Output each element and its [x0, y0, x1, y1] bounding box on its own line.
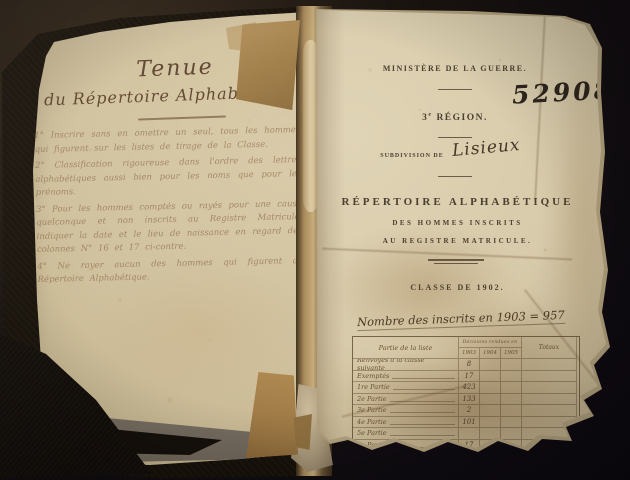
- table-row-label: Exemptés: [353, 371, 459, 383]
- crease-line: [534, 16, 545, 201]
- table-row-label: Renvoyés à la classe suivante: [353, 359, 459, 371]
- leader-line: [392, 378, 455, 379]
- binding-tape-shine: [303, 40, 318, 212]
- table-cell-value: [459, 428, 480, 440]
- table-cell-value: 1: [459, 451, 480, 463]
- double-rule-top: [428, 259, 484, 261]
- table-row-label: 2e Partie: [353, 394, 459, 406]
- archive-scan: Tenue du Répertoire Alphabétique 1° Insc…: [0, 0, 630, 480]
- table-cell-empty: [501, 371, 522, 383]
- table-header-partie: Partie de la liste: [353, 337, 459, 359]
- table-cell-empty: [480, 417, 501, 429]
- row-label-text: 5e Partie: [357, 429, 387, 437]
- leader-line: [390, 447, 455, 448]
- table-cell-value: 101: [459, 417, 480, 429]
- region-heading: 3e RÉGION.: [380, 112, 530, 123]
- double-rule-bottom: [434, 263, 478, 264]
- instructions-paragraph-4: 4° Ne rayer aucun des hommes qui figuren…: [37, 254, 304, 287]
- table-cell-empty: [501, 382, 522, 394]
- table-cell-empty: [501, 417, 522, 429]
- table-cell-empty: [480, 359, 501, 371]
- inscrits-count-note: Nombre des inscrits en 1903 = 957: [357, 307, 592, 329]
- table-cell-empty: [480, 371, 501, 383]
- table-cell-empty: [501, 359, 522, 371]
- table-cell-empty: [522, 359, 577, 371]
- repertoire-title: RÉPERTOIRE ALPHABÉTIQUE: [330, 196, 585, 208]
- table-cell-value: 423: [459, 382, 480, 394]
- table-header-decisions: Décisions rendues en: [459, 337, 522, 348]
- subdivision-value-handwritten: Lisieux: [451, 135, 521, 161]
- row-label-text: 7e Partie: [357, 452, 387, 460]
- table-cell-empty: [480, 405, 501, 417]
- table-cell-value: 17: [459, 371, 480, 383]
- instructions-text: 1° Inscrire sans en omettre un seul, tou…: [34, 124, 304, 290]
- leader-line: [390, 458, 455, 459]
- row-label-text: 2e Partie: [357, 395, 387, 403]
- table-header-totaux: Totaux: [522, 337, 577, 359]
- table-cell-empty: [480, 382, 501, 394]
- row-label-text: Exemptés: [357, 372, 389, 380]
- table-row-label: 7e Partie: [353, 451, 459, 463]
- leader-line: [393, 389, 455, 390]
- table-cell-empty: [501, 428, 522, 440]
- inscrits-count-text: Nombre des inscrits en 1903 = 957: [357, 308, 565, 331]
- table-cell-empty: [522, 382, 577, 394]
- table-cell-value: 2: [459, 405, 480, 417]
- region-word: RÉGION.: [436, 113, 487, 123]
- table-row-label: 4e Partie: [353, 417, 459, 429]
- table-year-1904: 1904: [480, 348, 501, 359]
- table-year-1905: 1905: [501, 348, 522, 359]
- row-label-text: 1re Partie: [357, 383, 390, 391]
- table-cell-empty: [522, 451, 577, 463]
- table-cell-empty: [480, 451, 501, 463]
- classe-heading: CLASSE DE 1902.: [330, 283, 585, 292]
- table-cell-empty: [522, 405, 577, 417]
- leader-line: [390, 412, 455, 413]
- table-cell-empty: [501, 405, 522, 417]
- tape-patch-bottom-small: [294, 414, 312, 450]
- divider-rule: [438, 137, 472, 138]
- ministry-heading: MINISTÈRE DE LA GUERRE.: [330, 64, 580, 73]
- tape-patch-top: [236, 20, 300, 112]
- table-cell-empty: [480, 394, 501, 406]
- row-label-text: Renvoyés à la classe suivante: [357, 359, 452, 371]
- table-cell-value: 8: [459, 359, 480, 371]
- table-cell-empty: [522, 394, 577, 406]
- instructions-paragraph-2: 2° Classification rigoureuse dans l'ordr…: [35, 154, 302, 201]
- repertoire-subtitle-1: DES HOMMES INSCRITS: [330, 219, 585, 227]
- divider-rule: [438, 176, 472, 177]
- table-year-1903: 1903: [459, 348, 480, 359]
- row-label-text: 4e Partie: [357, 418, 387, 426]
- table-cell-empty: [522, 371, 577, 383]
- leader-line: [390, 435, 455, 436]
- repertoire-subtitle-2: AU REGISTRE MATRICULE.: [330, 237, 585, 245]
- title-underline: [138, 115, 226, 120]
- row-label-text: 3e Partie: [357, 406, 387, 414]
- divider-rule: [438, 89, 472, 90]
- table-cell-empty: [501, 394, 522, 406]
- table-row-label: 3e Partie: [353, 405, 459, 417]
- table-row-label: 5e Partie: [353, 428, 459, 440]
- leader-line: [390, 401, 455, 402]
- instructions-paragraph-3: 3° Pour les hommes comptés ou rayés pour…: [36, 197, 303, 257]
- table-cell-value: 133: [459, 394, 480, 406]
- instructions-paragraph-1: 1° Inscrire sans en omettre un seul, tou…: [34, 124, 301, 157]
- table-cell-empty: [501, 451, 522, 463]
- region-exponent: e: [428, 112, 432, 118]
- leader-line: [390, 424, 455, 425]
- table-row-label: 1re Partie: [353, 382, 459, 394]
